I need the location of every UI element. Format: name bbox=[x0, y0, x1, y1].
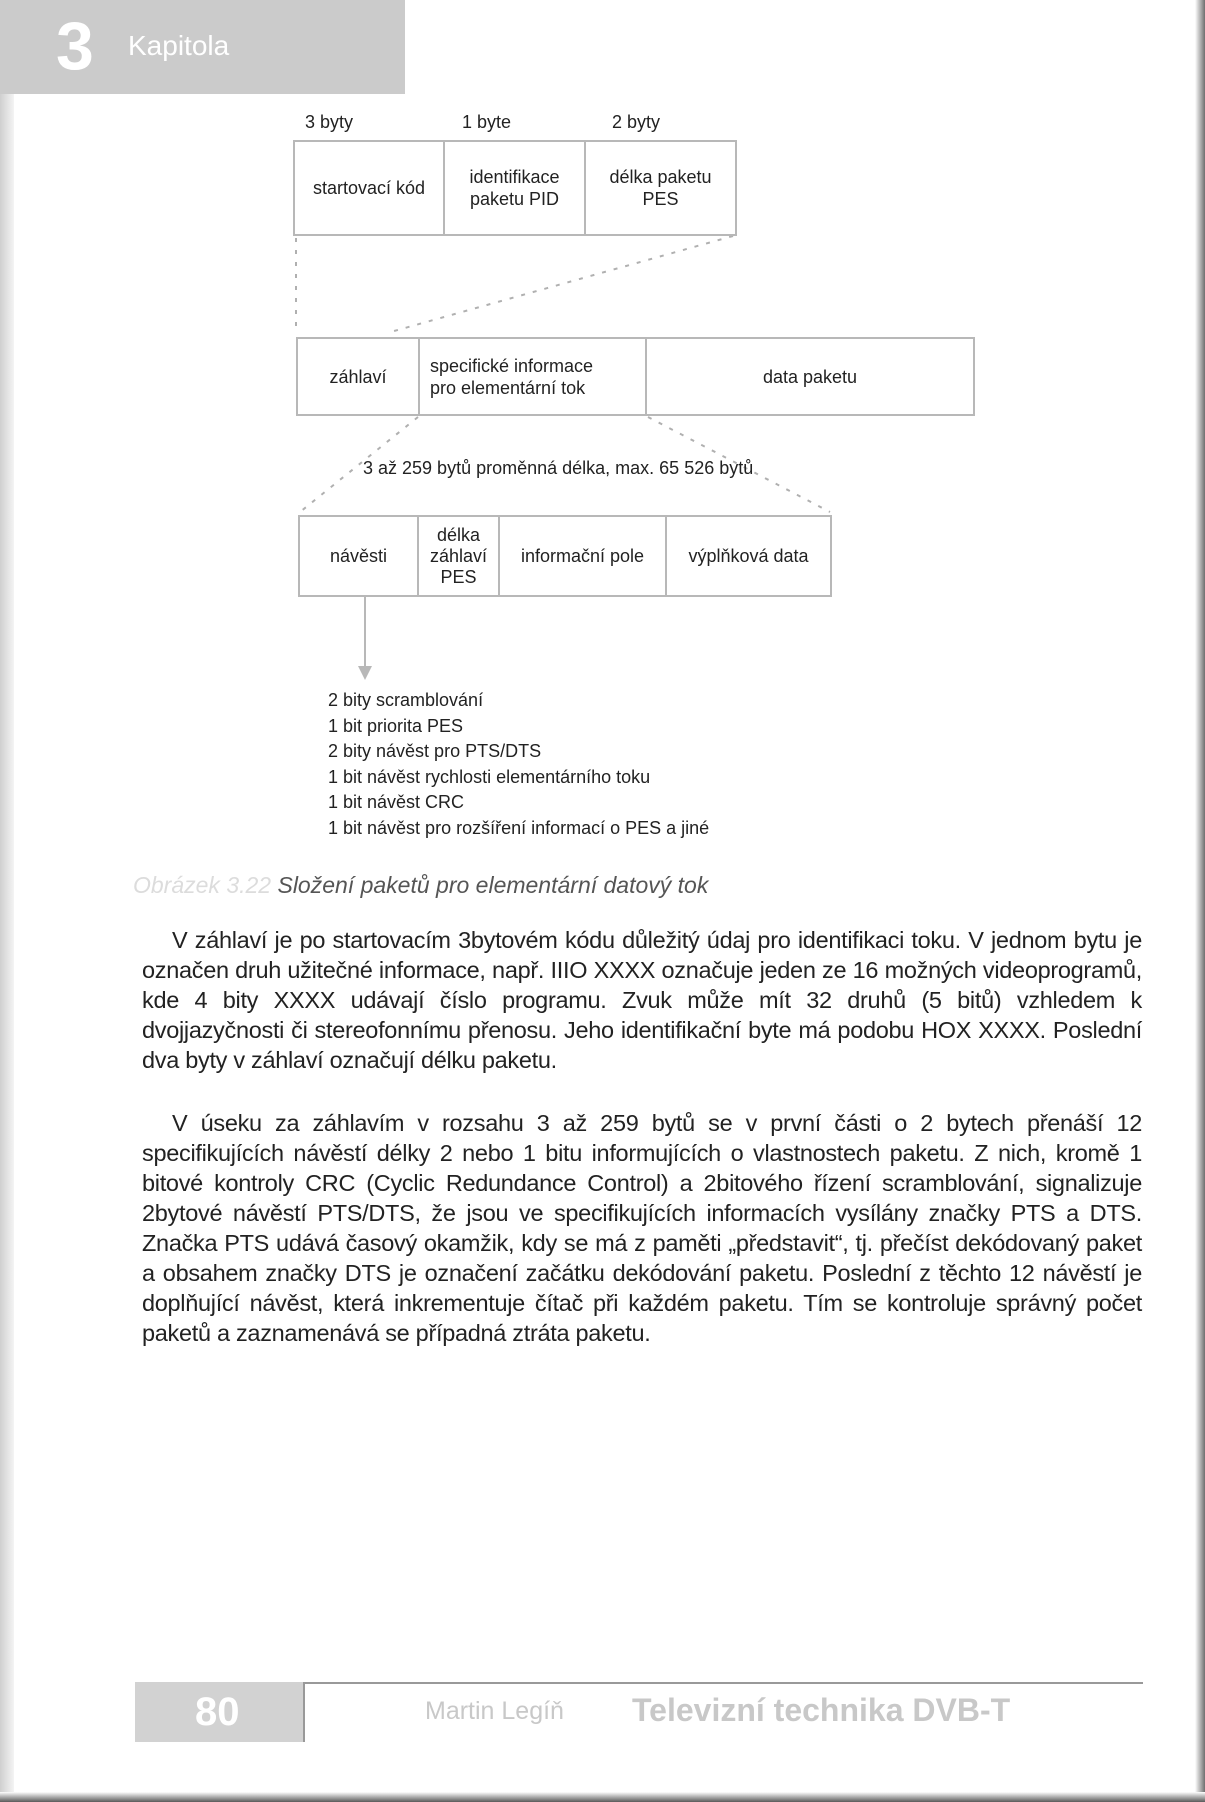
book-spine-shadow bbox=[0, 0, 14, 1802]
specific-info-box: návěsti délka záhlaví PES informační pol… bbox=[298, 515, 832, 597]
chapter-number: 3 bbox=[56, 8, 94, 84]
cell-header-length: délka záhlaví PES bbox=[419, 517, 500, 595]
body-paragraph: V záhlaví je po startovacím 3bytovém kód… bbox=[142, 925, 1142, 1075]
cell-packet-data: data paketu bbox=[647, 339, 973, 414]
size-label-length: 2 byty bbox=[612, 112, 660, 133]
flag-bits-list: 2 bity scramblování 1 bit priorita PES 2… bbox=[328, 688, 709, 841]
cell-specific-info: specifické informace pro elementární tok bbox=[420, 339, 647, 414]
footer-book-title: Televizní technika DVB-T bbox=[632, 1692, 1010, 1729]
flag-bit-item: 1 bit priorita PES bbox=[328, 714, 709, 740]
figure-title: Složení paketů pro elementární datový to… bbox=[277, 872, 708, 898]
flag-bit-item: 1 bit návěst pro rozšíření informací o P… bbox=[328, 816, 709, 842]
flag-bit-item: 1 bit návěst CRC bbox=[328, 790, 709, 816]
flag-bit-item: 1 bit návěst rychlosti elementárního tok… bbox=[328, 765, 709, 791]
cell-pid: identifikace paketu PID bbox=[445, 142, 586, 234]
footer-rule bbox=[303, 1682, 1143, 1684]
cell-start-code: startovací kód bbox=[295, 142, 445, 234]
size-label-pid: 1 byte bbox=[462, 112, 511, 133]
diagram-connectors bbox=[0, 0, 1205, 1802]
cell-stuffing-data: výplňková data bbox=[667, 517, 830, 595]
figure-caption: Obrázek 3.22 Složení paketů pro elementá… bbox=[133, 872, 708, 899]
pes-packet-box: záhlaví specifické informace pro element… bbox=[296, 337, 975, 416]
cell-info-field: informační pole bbox=[500, 517, 667, 595]
page-edge-right bbox=[1195, 0, 1205, 1802]
cell-flags: návěsti bbox=[300, 517, 419, 595]
page-number-box: 80 bbox=[135, 1682, 305, 1742]
page-edge-bottom bbox=[0, 1792, 1205, 1802]
footer-author: Martin Legíň bbox=[425, 1697, 564, 1726]
variable-length-note: 3 až 259 bytů proměnná délka, max. 65 52… bbox=[363, 458, 753, 479]
page-number: 80 bbox=[195, 1690, 240, 1735]
figure-number: Obrázek 3.22 bbox=[133, 872, 271, 898]
size-label-start-code: 3 byty bbox=[305, 112, 353, 133]
cell-packet-length: délka paketu PES bbox=[586, 142, 735, 234]
chapter-header: 3 Kapitola bbox=[0, 0, 405, 94]
chapter-label: Kapitola bbox=[128, 30, 229, 62]
flag-bit-item: 2 bity scramblování bbox=[328, 688, 709, 714]
body-paragraph: V úseku za záhlavím v rozsahu 3 až 259 b… bbox=[142, 1108, 1142, 1348]
flag-bit-item: 2 bity návěst pro PTS/DTS bbox=[328, 739, 709, 765]
packet-header-box: startovací kód identifikace paketu PID d… bbox=[293, 140, 737, 236]
cell-header: záhlaví bbox=[298, 339, 420, 414]
